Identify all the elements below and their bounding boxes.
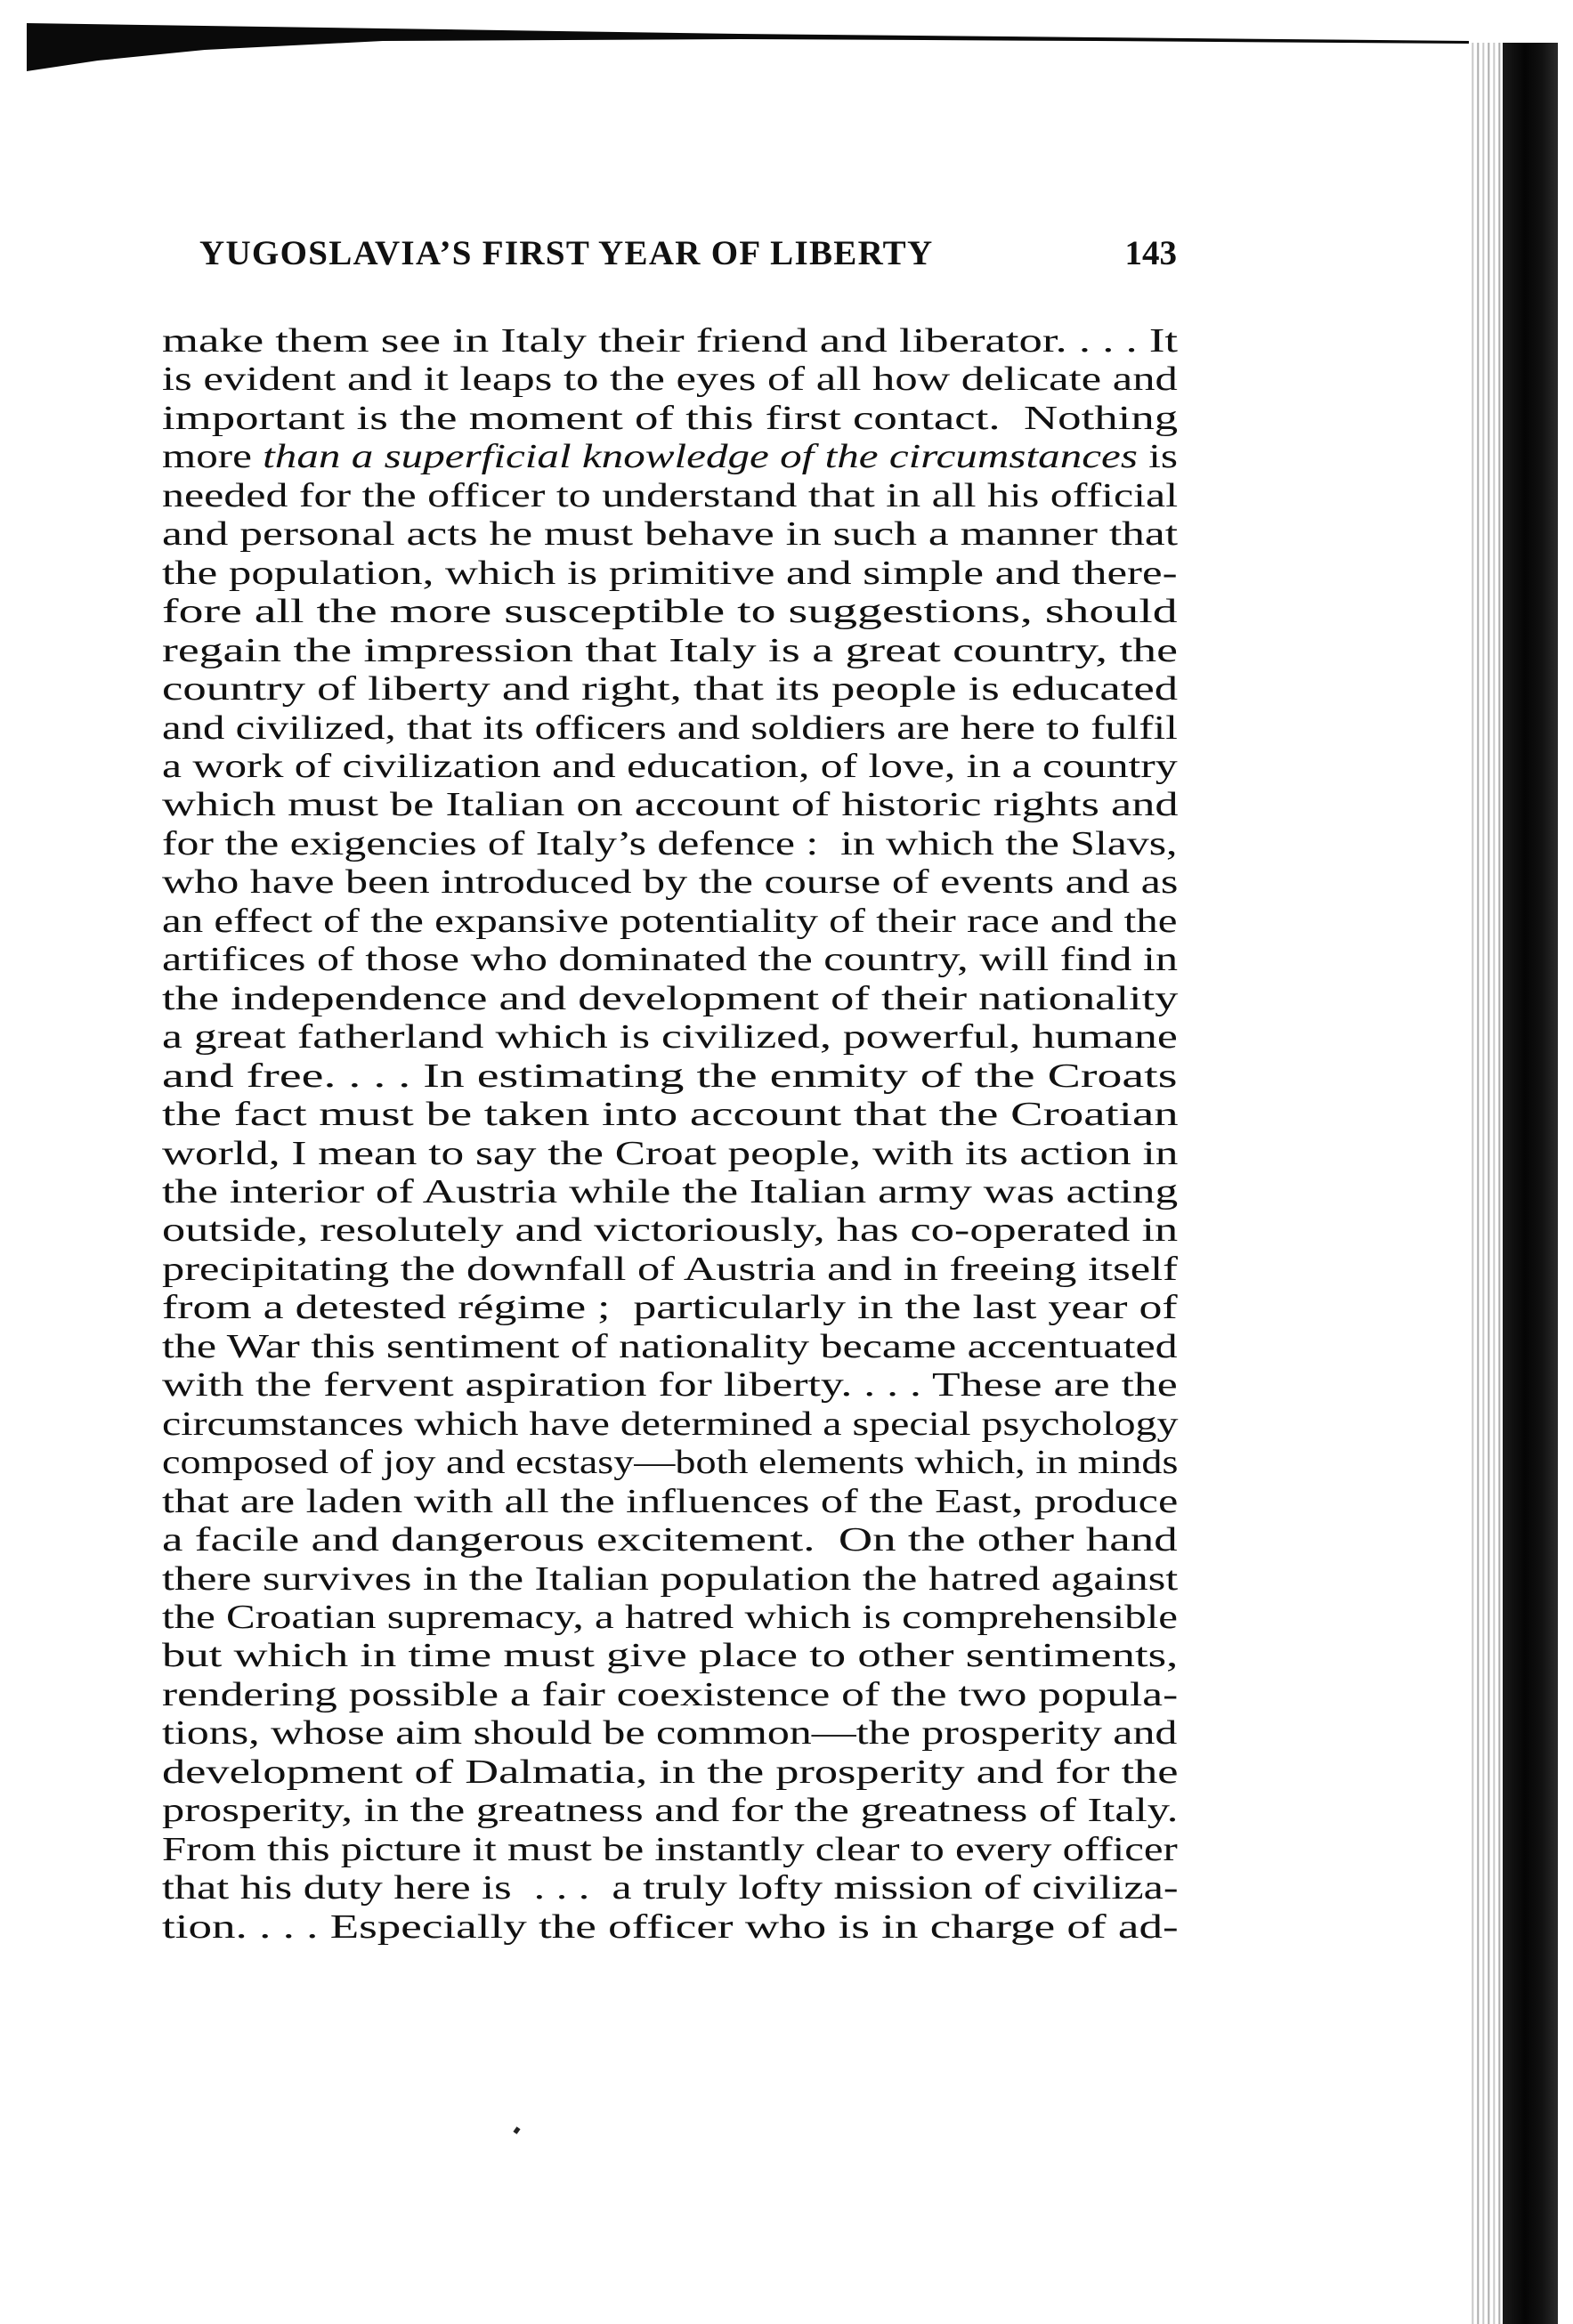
text-line: and free. . . . In estimating the enmity…: [162, 1057, 1178, 1096]
running-head: YUGOSLAVIA’S FIRST YEAR OF LIBERTY 143: [199, 233, 1177, 278]
text-line: for the exigencies of Italy’s defence : …: [162, 825, 1178, 863]
text-line: a facile and dangerous excitement. On th…: [162, 1521, 1178, 1559]
running-head-title: YUGOSLAVIA’S FIRST YEAR OF LIBERTY: [199, 233, 933, 273]
text-line: the independence and development of thei…: [162, 980, 1178, 1018]
text-line: important is the moment of this first co…: [162, 400, 1178, 438]
text-line: tions, whose aim should be common—the pr…: [162, 1714, 1178, 1753]
text-line-italic: than a superficial knowledge of the circ…: [263, 438, 1138, 475]
text-line: regain the impression that Italy is a gr…: [162, 632, 1178, 670]
text-line: the fact must be taken into account that…: [162, 1096, 1178, 1134]
text-line: From this picture it must be instantly c…: [162, 1831, 1178, 1869]
text-line: the Croatian supremacy, a hatred which i…: [162, 1599, 1178, 1637]
book-binding-edge-stripes: [1469, 43, 1504, 2324]
text-line: and civilized, that its officers and sol…: [162, 709, 1178, 748]
text-line: prosperity, in the greatness and for the…: [162, 1792, 1178, 1830]
text-line: the population, which is primitive and s…: [162, 555, 1178, 593]
page-number: 143: [1125, 233, 1178, 273]
text-line: fore all the more susceptible to suggest…: [162, 593, 1178, 631]
text-line: circumstances which have determined a sp…: [162, 1405, 1178, 1444]
text-line: but which in time must give place to oth…: [162, 1637, 1178, 1675]
text-line: a great fatherland which is civilized, p…: [162, 1018, 1178, 1057]
text-line: that his duty here is . . . a truly loft…: [162, 1869, 1178, 1907]
body-text: make them see in Italy their friend and …: [162, 322, 1178, 1947]
text-line: there survives in the Italian population…: [162, 1560, 1178, 1599]
text-line-upright: is: [1138, 438, 1178, 475]
text-line: more than a superficial knowledge of the…: [162, 438, 1178, 476]
text-line: rendering possible a fair coexistence of…: [162, 1676, 1178, 1714]
text-line: world, I mean to say the Croat people, w…: [162, 1135, 1178, 1173]
text-line: is evident and it leaps to the eyes of a…: [162, 360, 1178, 399]
text-line: with the fervent aspiration for liberty.…: [162, 1366, 1178, 1405]
text-line: make them see in Italy their friend and …: [162, 322, 1178, 360]
scan-speck: [513, 2126, 520, 2134]
text-line: the interior of Austria while the Italia…: [162, 1173, 1178, 1211]
text-line: tion. . . . Especially the officer who i…: [162, 1908, 1178, 1947]
text-line: an effect of the expansive potentiality …: [162, 903, 1178, 941]
text-line: country of liberty and right, that its p…: [162, 670, 1178, 709]
text-line-upright: more: [162, 438, 263, 475]
text-line: precipitating the downfall of Austria an…: [162, 1251, 1178, 1289]
book-binding-edge: [1503, 43, 1558, 2324]
text-line: outside, resolutely and victoriously, ha…: [162, 1211, 1178, 1250]
text-line: composed of joy and ecstasy—both element…: [162, 1444, 1178, 1482]
text-line: that are laden with all the influences o…: [162, 1483, 1178, 1521]
scan-top-edge-shadow: [27, 21, 1469, 75]
text-line: development of Dalmatia, in the prosperi…: [162, 1753, 1178, 1792]
text-line: a work of civilization and education, of…: [162, 748, 1178, 786]
text-line: and personal acts he must behave in such…: [162, 515, 1178, 554]
text-line: who have been introduced by the course o…: [162, 863, 1178, 902]
text-line: needed for the officer to understand tha…: [162, 477, 1178, 515]
text-line: artifices of those who dominated the cou…: [162, 941, 1178, 979]
text-line: the War this sentiment of nationality be…: [162, 1328, 1178, 1366]
text-line: from a detested régime ; particularly in…: [162, 1289, 1178, 1327]
text-line: which must be Italian on account of hist…: [162, 786, 1178, 824]
